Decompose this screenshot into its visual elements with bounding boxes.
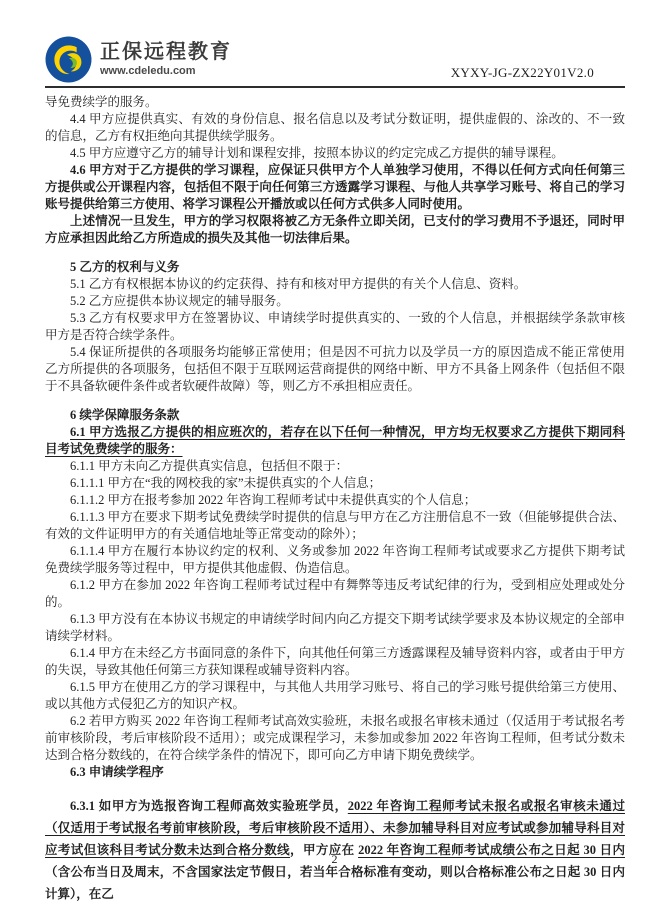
paragraph-6: 5 乙方的权利与义务 <box>45 259 625 276</box>
document-body: 导免费续学的服务。4.4 甲方应提供真实、有效的身份信息、报名信息以及考试分数证… <box>0 88 669 905</box>
text-segment: 5.2 乙方应提供本协议规定的辅导服务。 <box>70 294 289 308</box>
paragraph-17: 6.1.1.4 甲方在履行本协议约定的权利、义务或参加 2022 年咨询工程师考… <box>45 543 625 577</box>
paragraph-22: 6.2 若甲方购买 2022 年咨询工程师考试高效实验班，未报名或报名审核未通过… <box>45 713 625 764</box>
paragraph-18: 6.1.2 甲方在参加 2022 年咨询工程师考试过程中有舞弊等违反考试纪律的行… <box>45 577 625 611</box>
text-segment: 6.2 若甲方购买 2022 年咨询工程师考试高效实验班，未报名或报名审核未通过… <box>45 714 625 762</box>
paragraph-1: 导免费续学的服务。 <box>45 94 625 111</box>
paragraph-3: 4.5 甲方应遵守乙方的辅导计划和课程安排，按照本协议的约定完成乙方提供的辅导课… <box>45 145 625 162</box>
text-segment: 6.1.1.1 甲方在“我的网校我的家”未提供真实的个人信息； <box>70 476 381 490</box>
brand-logo: 正保远程教育 www.cdeledu.com <box>45 36 232 83</box>
text-segment: 5.4 保证所提供的各项服务均能够正常使用；但是因不可抗力以及学员一方的原因造成… <box>45 345 625 393</box>
paragraph-21: 6.1.5 甲方在使用乙方的学习课程中，与其他人共用学习账号、将自己的学习账号提… <box>45 679 625 713</box>
document-page: 正保远程教育 www.cdeledu.com XYXY-JG-ZX22Y01V2… <box>0 0 669 923</box>
page-header: 正保远程教育 www.cdeledu.com XYXY-JG-ZX22Y01V2… <box>0 0 669 86</box>
text-segment: （含公布当日及周末，不含国家法定节假日，若当年合格标准有变动，则以合格标准公布之… <box>45 865 625 901</box>
text-segment: 6.1 甲方选报乙方提供的相应班次的，若存在以下任何一种情况，甲方均无权要求乙方… <box>45 425 625 456</box>
paragraph-7: 5.1 乙方有权根据本协议的约定获得、持有和核对甲方提供的有关个人信息、资料。 <box>45 276 625 293</box>
text-segment: 6.3.1 如甲方为选报咨询工程师高效实验班学员， <box>70 799 348 813</box>
text-segment: 5.1 乙方有权根据本协议的约定获得、持有和核对甲方提供的有关个人信息、资料。 <box>70 277 526 291</box>
paragraph-20: 6.1.4 甲方在未经乙方书面同意的条件下，向其他任何第三方透露课程及辅导资料内… <box>45 645 625 679</box>
paragraph-16: 6.1.1.3 甲方在要求下期考试免费续学时提供的信息与甲方在乙方注册信息不一致… <box>45 509 625 543</box>
paragraph-4: 4.6 甲方对于乙方提供的学习课程，应保证只供甲方个人单独学习使用，不得以任何方… <box>45 162 625 213</box>
paragraph-8: 5.2 乙方应提供本协议规定的辅导服务。 <box>45 293 625 310</box>
brand-website: www.cdeledu.com <box>100 65 232 77</box>
paragraph-9: 5.3 乙方有权要求甲方在签署协议、申请续学时提供真实的、一致的个人信息，并根据… <box>45 310 625 344</box>
text-segment: 6.1.1.3 甲方在要求下期考试免费续学时提供的信息与甲方在乙方注册信息不一致… <box>45 510 625 541</box>
text-segment: 6 续学保障服务条款 <box>70 408 179 422</box>
paragraph-5: 上述情况一旦发生，甲方的学习权限将被乙方无条件立即关闭，已支付的学习费用不予退还… <box>45 213 625 247</box>
text-segment: 导免费续学的服务。 <box>45 95 158 109</box>
text-segment: 6.1.3 甲方没有在本协议书规定的申请续学时间内向乙方提交下期考试续学要求及本… <box>45 612 625 643</box>
brand-name: 正保远程教育 <box>100 41 232 63</box>
paragraph-14: 6.1.1.1 甲方在“我的网校我的家”未提供真实的个人信息； <box>45 475 625 492</box>
swirl-logo-icon <box>45 36 92 83</box>
text-segment: 6.1.1 甲方未向乙方提供真实信息，包括但不限于： <box>70 459 348 473</box>
text-segment: 6.1.4 甲方在未经乙方书面同意的条件下，向其他任何第三方透露课程及辅导资料内… <box>45 646 625 677</box>
paragraph-19: 6.1.3 甲方没有在本协议书规定的申请续学时间内向乙方提交下期考试续学要求及本… <box>45 611 625 645</box>
text-segment: 6.1.1.2 甲方在报考参加 2022 年咨询工程师考试中未提供真实的个人信息… <box>70 493 476 507</box>
paragraph-11: 6 续学保障服务条款 <box>45 407 625 424</box>
paragraph-24: 6.3.1 如甲方为选报咨询工程师高效实验班学员，2022 年咨询工程师考试未报… <box>45 795 625 905</box>
page-footer: 2 <box>0 852 669 867</box>
paragraph-23: 6.3 申请续学程序 <box>45 764 625 781</box>
text-segment: 5 乙方的权利与义务 <box>70 260 179 274</box>
text-segment: 6.1.2 甲方在参加 2022 年咨询工程师考试过程中有舞弊等违反考试纪律的行… <box>45 578 625 609</box>
paragraph-10: 5.4 保证所提供的各项服务均能够正常使用；但是因不可抗力以及学员一方的原因造成… <box>45 344 625 395</box>
paragraph-12: 6.1 甲方选报乙方提供的相应班次的，若存在以下任何一种情况，甲方均无权要求乙方… <box>45 424 625 458</box>
text-segment: 4.6 甲方对于乙方提供的学习课程，应保证只供甲方个人单独学习使用，不得以任何方… <box>45 163 625 211</box>
text-segment: 4.4 甲方应提供真实、有效的身份信息、报名信息以及考试分数证明，提供虚假的、涂… <box>45 112 625 143</box>
page-number: 2 <box>332 852 338 866</box>
text-segment: 6.3 申请续学程序 <box>70 765 164 779</box>
paragraph-15: 6.1.1.2 甲方在报考参加 2022 年咨询工程师考试中未提供真实的个人信息… <box>45 492 625 509</box>
text-segment: 5.3 乙方有权要求甲方在签署协议、申请续学时提供真实的、一致的个人信息，并根据… <box>45 311 625 342</box>
paragraph-13: 6.1.1 甲方未向乙方提供真实信息，包括但不限于： <box>45 458 625 475</box>
text-segment: 4.5 甲方应遵守乙方的辅导计划和课程安排，按照本协议的约定完成乙方提供的辅导课… <box>70 146 564 160</box>
text-segment: 6.1.5 甲方在使用乙方的学习课程中，与其他人共用学习账号、将自己的学习账号提… <box>45 680 625 711</box>
text-segment: 上述情况一旦发生，甲方的学习权限将被乙方无条件立即关闭，已支付的学习费用不予退还… <box>45 214 625 245</box>
paragraph-2: 4.4 甲方应提供真实、有效的身份信息、报名信息以及考试分数证明，提供虚假的、涂… <box>45 111 625 145</box>
text-segment: 6.1.1.4 甲方在履行本协议约定的权利、义务或参加 2022 年咨询工程师考… <box>45 544 625 575</box>
document-code: XYXY-JG-ZX22Y01V2.0 <box>451 65 624 83</box>
brand-text: 正保远程教育 www.cdeledu.com <box>100 41 232 77</box>
